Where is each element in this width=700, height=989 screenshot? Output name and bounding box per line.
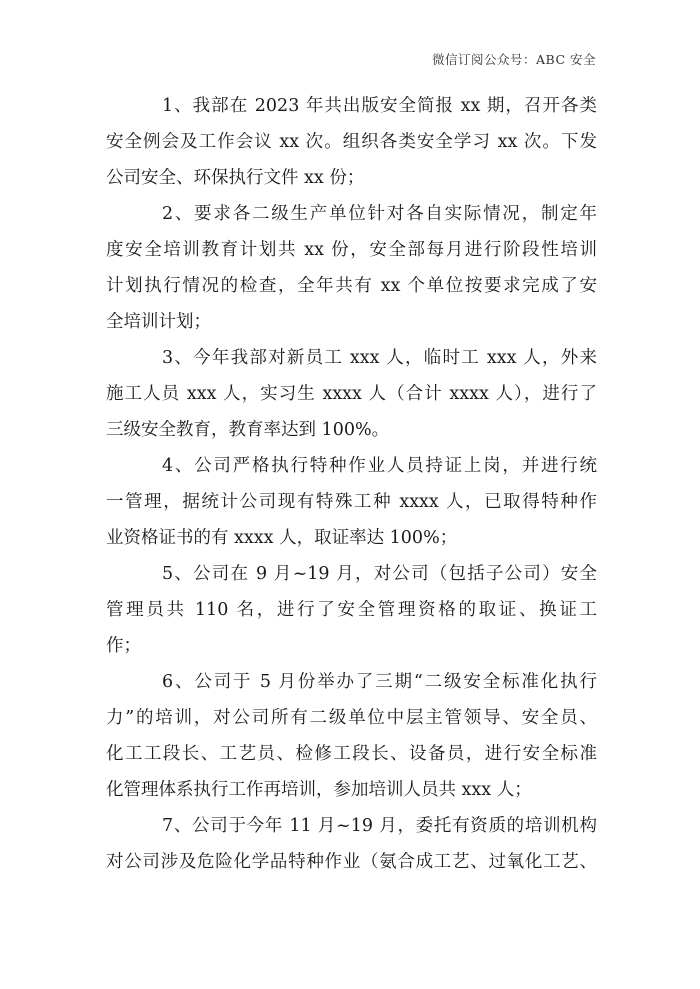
text-line: 力”的培训，对公司所有二级单位中层主管领导、安全员、 [106,700,597,736]
text-line: 化工工段长、工艺员、检修工段长、设备员，进行安全标准 [106,736,597,772]
text-line: 三级安全教育，教育率达到 100%。 [106,412,597,448]
text-line: 作； [106,628,597,664]
text-line: 2、要求各二级生产单位针对各自实际情况，制定年 [162,196,597,232]
text-line: 计划执行情况的检查，全年共有 xx 个单位按要求完成了安 [106,268,597,304]
text-line: 度安全培训教育计划共 xx 份，安全部每月进行阶段性培训 [106,232,597,268]
text-line: 1、我部在 2023 年共出版安全简报 xx 期，召开各类 [162,88,597,124]
text-line: 5、公司在 9 月~19 月，对公司（包括子公司）安全 [162,556,597,592]
text-line: 公司安全、环保执行文件 xx 份； [106,160,597,196]
text-line: 业资格证书的有 xxxx 人，取证率达 100%； [106,520,597,556]
text-line: 一管理，据统计公司现有特殊工种 xxxx 人，已取得特种作 [106,484,597,520]
text-line: 管理员共 110 名，进行了安全管理资格的取证、换证工 [106,592,597,628]
text-line: 对公司涉及危险化学品特种作业（氨合成工艺、过氧化工艺、 [106,844,597,880]
text-line: 全培训计划； [106,304,597,340]
header-note: 微信订阅公众号：ABC 安全 [432,50,596,68]
text-line: 6、公司于 5 月份举办了三期“二级安全标准化执行 [162,664,597,700]
text-line: 3、今年我部对新员工 xxx 人，临时工 xxx 人，外来 [162,340,597,376]
text-line: 化管理体系执行工作再培训，参加培训人员共 xxx 人； [106,772,597,808]
text-line: 安全例会及工作会议 xx 次。组织各类安全学习 xx 次。下发 [106,124,597,160]
text-line: 7、公司于今年 11 月~19 月，委托有资质的培训机构 [162,808,597,844]
text-line: 4、公司严格执行特种作业人员持证上岗，并进行统 [162,448,597,484]
text-line: 施工人员 xxx 人，实习生 xxxx 人（合计 xxxx 人），进行了 [106,376,597,412]
